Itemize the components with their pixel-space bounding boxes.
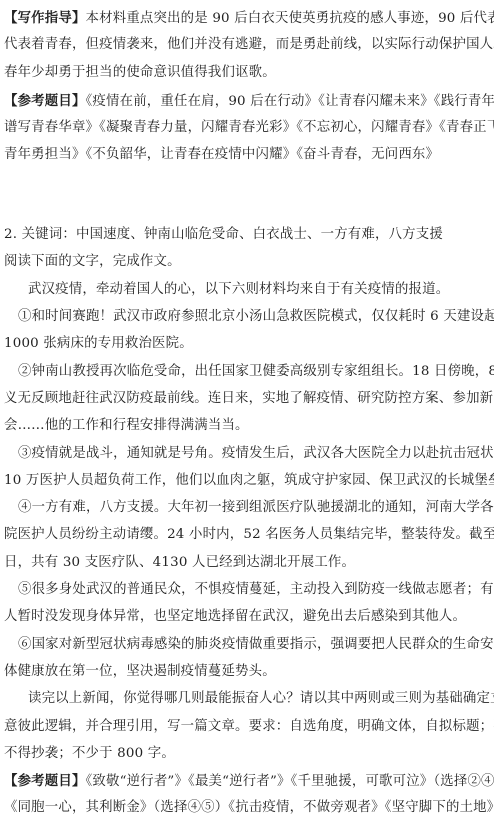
item-4-line-2: 院医护人员纷纷主动请缨。24 小时内，52 名医务人员集结完毕，整装待发。截至 …: [4, 526, 494, 544]
guide-label: 【写作指导】: [4, 10, 86, 26]
item-5-line-1: ⑤很多身处武汉的普通民众，不惧疫情蔓延，主动投入到防疫一线做志愿者；有的武汉: [18, 581, 494, 599]
task-line-1: 读完以上新闻，你觉得哪几则最能振奋人心？请以其中两则或三则为基础确定立意，注: [28, 690, 494, 708]
guide-text: 本材料重点突出的是 90 后白衣天使英勇抗疫的感人事迹，90 后代表着年轻人，: [86, 11, 494, 26]
intro-line: 武汉疫情，牵动着国人的心，以下六则材料均来自于有关疫情的报道。: [28, 281, 494, 299]
item-6-line-2: 体健康放在第一位，坚决遏制疫情蔓延势头。: [4, 663, 494, 681]
item-3-line-1: ③疫情就是战斗，通知就是号角。疫情发生后，武汉各大医院全力以赴抗击冠状病毒，: [18, 445, 494, 463]
task-line-2: 意彼此逻辑，并合理引用，写一篇文章。要求：自选角度，明确文体，自拟标题；不要套作…: [4, 718, 494, 736]
item-4-line-3: 日，共有 30 支医疗队、4130 人已经到达湖北开展工作。: [4, 554, 494, 572]
item-2-line-3: 会……他的工作和行程安排得满满当当。: [4, 417, 494, 435]
task-line-3: 不得抄袭；不少于 800 字。: [4, 745, 494, 763]
ref-titles-2-line-2: 《同胞一心，其利断金》（选择④⑤）《抗击疫情，不做旁观者》《坚守脚下的土地》《我: [4, 799, 494, 816]
item-3-line-2: 10 万医护人员超负荷工作，他们以血肉之躯，筑成守护家园、保卫武汉的长城堡垒。: [4, 472, 494, 490]
ref-label: 【参考题目】: [4, 93, 86, 109]
ref-text-2: 《致敬“逆行者”》《最美“逆行者”》《千里驰援，可歌可泣》（选择②④）: [86, 774, 494, 789]
ref-titles-2-line-1: 【参考题目】《致敬“逆行者”》《最美“逆行者”》《千里驰援，可歌可泣》（选择②④…: [4, 772, 494, 791]
keywords-line: 2. 关键词：中国速度、钟南山临危受命、白衣战士、一方有难，八方支援: [4, 226, 494, 244]
item-4-line-1: ④一方有难，八方支援。大年初一接到组派医疗队驰援湖北的通知，河南大学各附属医: [18, 499, 494, 517]
item-6-line-1: ⑥国家对新型冠状病毒感染的肺炎疫情做重要指示，强调要把人民群众的生命安全和身: [18, 636, 494, 654]
item-5-line-2: 人暂时没发现身体异常，也坚定地选择留在武汉，避免出去后感染到其他人。: [4, 608, 494, 626]
ref-titles-line-2: 谱写青春华章》《凝聚青春力量，闪耀青春光彩》《不忘初心，闪耀青春》《青春正飞扬，: [4, 119, 494, 137]
item-1-line-1: ①和时间赛跑！武汉市政府参照北京小汤山急救医院模式，仅仅耗时 6 天建设起可容纳: [18, 308, 494, 326]
ref-titles-line-3: 青年勇担当》《不负韶华，让青春在疫情中闪耀》《奋斗青春，无问西东》: [4, 146, 494, 164]
writing-guide-line-2: 代表着青春，但疫情袭来，他们并没有逃避，而是勇赴前线，以实际行动保护国人。这种青: [4, 36, 494, 54]
instruction-line: 阅读下面的文字，完成作文。: [4, 253, 494, 271]
ref-label-2: 【参考题目】: [4, 773, 86, 789]
item-1-line-2: 1000 张病床的专用救治医院。: [4, 335, 494, 353]
writing-guide-line-1: 【写作指导】本材料重点突出的是 90 后白衣天使英勇抗疫的感人事迹，90 后代表…: [4, 9, 494, 28]
ref-text: 《疫情在前，重任在肩，90 后在行动》《让青春闪耀未来》《践行青年使命，: [86, 94, 494, 109]
ref-titles-line-1: 【参考题目】《疫情在前，重任在肩，90 后在行动》《让青春闪耀未来》《践行青年使…: [4, 92, 494, 111]
writing-guide-line-3: 春年少却勇于担当的使命意识值得我们讴歌。: [4, 64, 494, 82]
item-2-line-1: ②钟南山教授再次临危受命，出任国家卫健委高级别专家组组长。18 日傍晚，84 岁…: [18, 363, 494, 381]
item-2-line-2: 义无反顾地赶往武汉防疫最前线。连日来，实地了解疫情、研究防控方案、参加新闻发布: [4, 390, 494, 408]
